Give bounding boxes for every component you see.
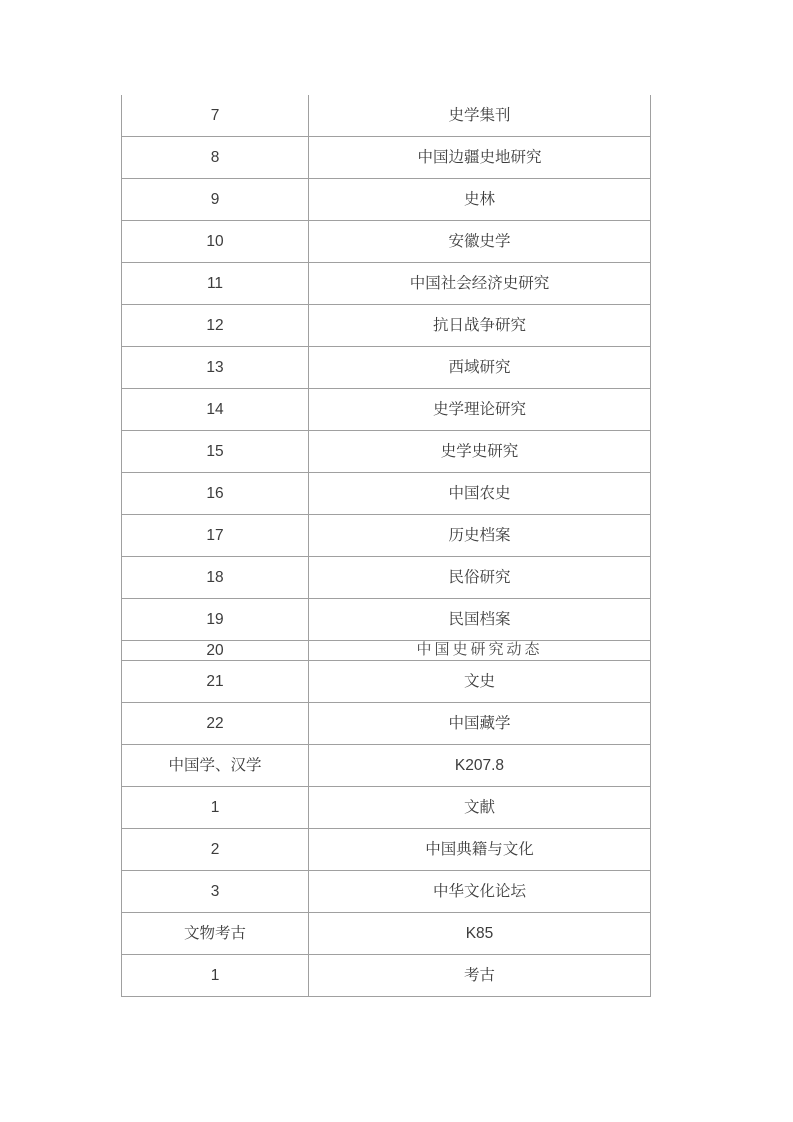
journal-name-cell: 中华文化论坛 xyxy=(309,871,651,913)
row-index-cell: 8 xyxy=(122,137,309,179)
row-index-cell: 1 xyxy=(122,787,309,829)
table-row: 11中国社会经济史研究 xyxy=(122,263,651,305)
journal-name-cell: 中国边疆史地研究 xyxy=(309,137,651,179)
table-row: 7史学集刊 xyxy=(122,95,651,137)
journal-name-cell: 抗日战争研究 xyxy=(309,305,651,347)
row-index-cell: 22 xyxy=(122,703,309,745)
journal-name-cell: 安徽史学 xyxy=(309,221,651,263)
row-index-cell: 12 xyxy=(122,305,309,347)
row-index-cell: 17 xyxy=(122,515,309,557)
journal-name-cell: 中国史研究动态 xyxy=(309,641,651,661)
row-index-cell: 2 xyxy=(122,829,309,871)
row-index-cell: 16 xyxy=(122,473,309,515)
table-row: 9史林 xyxy=(122,179,651,221)
table-row: 3中华文化论坛 xyxy=(122,871,651,913)
table-row: 17历史档案 xyxy=(122,515,651,557)
journal-name-cell: 民俗研究 xyxy=(309,557,651,599)
journal-name-cell: 中国农史 xyxy=(309,473,651,515)
row-index-cell: 20 xyxy=(122,641,309,661)
row-index-cell: 1 xyxy=(122,955,309,997)
row-index-cell: 21 xyxy=(122,661,309,703)
row-index-cell: 3 xyxy=(122,871,309,913)
table-row: 13西域研究 xyxy=(122,347,651,389)
journal-name-cell: 史学集刊 xyxy=(309,95,651,137)
table-row: 22中国藏学 xyxy=(122,703,651,745)
journal-name-cell: 中国典籍与文化 xyxy=(309,829,651,871)
row-index-cell: 14 xyxy=(122,389,309,431)
table-row: 2中国典籍与文化 xyxy=(122,829,651,871)
table-row: 12抗日战争研究 xyxy=(122,305,651,347)
table-row: 10安徽史学 xyxy=(122,221,651,263)
journal-name-cell: K207.8 xyxy=(309,745,651,787)
table-row: 18民俗研究 xyxy=(122,557,651,599)
row-index-cell: 13 xyxy=(122,347,309,389)
journal-name-cell: 民国档案 xyxy=(309,599,651,641)
table-row: 19民国档案 xyxy=(122,599,651,641)
row-index-cell: 18 xyxy=(122,557,309,599)
row-index-cell: 10 xyxy=(122,221,309,263)
journal-name-cell: 文史 xyxy=(309,661,651,703)
document-page: 7史学集刊8中国边疆史地研究9史林10安徽史学11中国社会经济史研究12抗日战争… xyxy=(0,0,793,1122)
table-row: 1考古 xyxy=(122,955,651,997)
row-index-cell: 文物考古 xyxy=(122,913,309,955)
table-row: 20中国史研究动态 xyxy=(122,641,651,661)
journal-name-cell: 中国藏学 xyxy=(309,703,651,745)
journal-name-cell: 史林 xyxy=(309,179,651,221)
journal-table: 7史学集刊8中国边疆史地研究9史林10安徽史学11中国社会经济史研究12抗日战争… xyxy=(121,95,651,997)
journal-name-cell: 史学史研究 xyxy=(309,431,651,473)
table-row: 文物考古K85 xyxy=(122,913,651,955)
row-index-cell: 15 xyxy=(122,431,309,473)
journal-table-body: 7史学集刊8中国边疆史地研究9史林10安徽史学11中国社会经济史研究12抗日战争… xyxy=(122,95,651,997)
journal-name-cell: 中国社会经济史研究 xyxy=(309,263,651,305)
table-row: 中国学、汉学K207.8 xyxy=(122,745,651,787)
row-index-cell: 11 xyxy=(122,263,309,305)
journal-name-cell: 考古 xyxy=(309,955,651,997)
table-row: 15史学史研究 xyxy=(122,431,651,473)
row-index-cell: 7 xyxy=(122,95,309,137)
journal-name-cell: 历史档案 xyxy=(309,515,651,557)
journal-name-cell: K85 xyxy=(309,913,651,955)
journal-name-cell: 史学理论研究 xyxy=(309,389,651,431)
table-row: 1文献 xyxy=(122,787,651,829)
journal-name-cell: 文献 xyxy=(309,787,651,829)
table-row: 8中国边疆史地研究 xyxy=(122,137,651,179)
journal-name-cell: 西域研究 xyxy=(309,347,651,389)
row-index-cell: 中国学、汉学 xyxy=(122,745,309,787)
row-index-cell: 19 xyxy=(122,599,309,641)
table-row: 14史学理论研究 xyxy=(122,389,651,431)
row-index-cell: 9 xyxy=(122,179,309,221)
table-row: 21文史 xyxy=(122,661,651,703)
table-row: 16中国农史 xyxy=(122,473,651,515)
